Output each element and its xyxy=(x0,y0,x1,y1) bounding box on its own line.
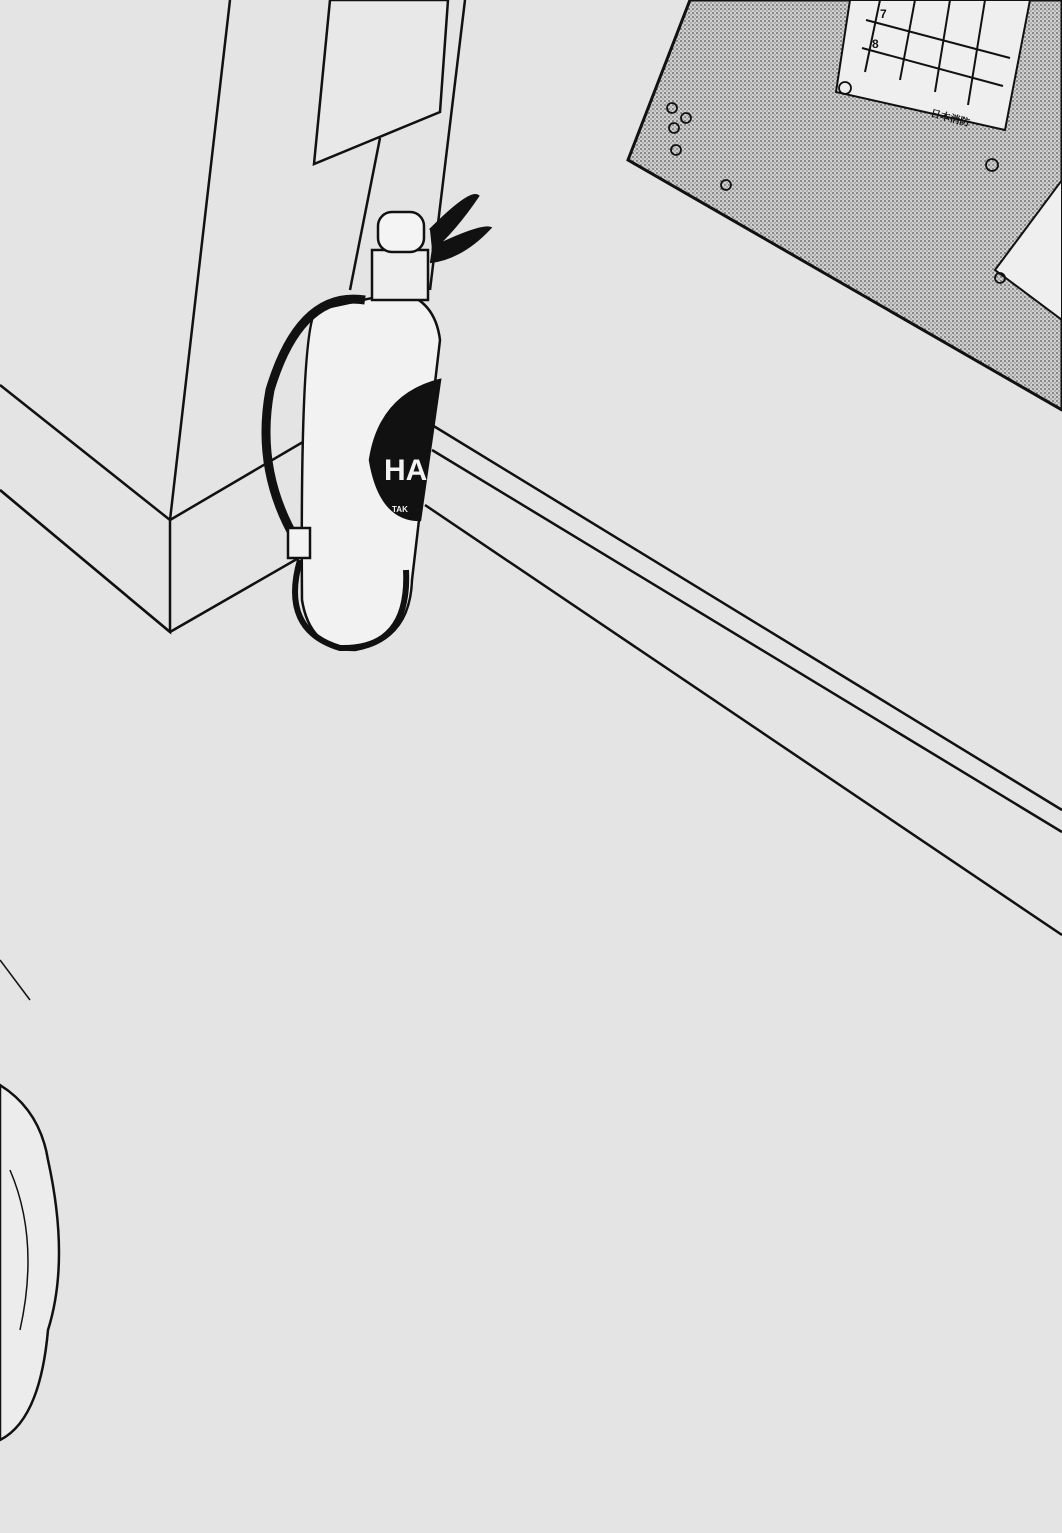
calendar-number: 7 xyxy=(880,7,887,21)
baseboard xyxy=(425,425,1062,935)
calendar-number: 8 xyxy=(872,37,879,51)
person-shoulder xyxy=(0,1085,59,1440)
extinguisher-sublabel: TAK xyxy=(392,505,408,514)
extinguisher-label: HA xyxy=(384,454,427,487)
pillar xyxy=(0,0,330,632)
floor-line xyxy=(0,960,30,1000)
manga-scene: 7 8 日本消防 HA TAK xyxy=(0,0,1062,1533)
fire-extinguisher: HA TAK xyxy=(266,195,490,650)
bulletin-board: 7 8 日本消防 xyxy=(628,0,1062,410)
